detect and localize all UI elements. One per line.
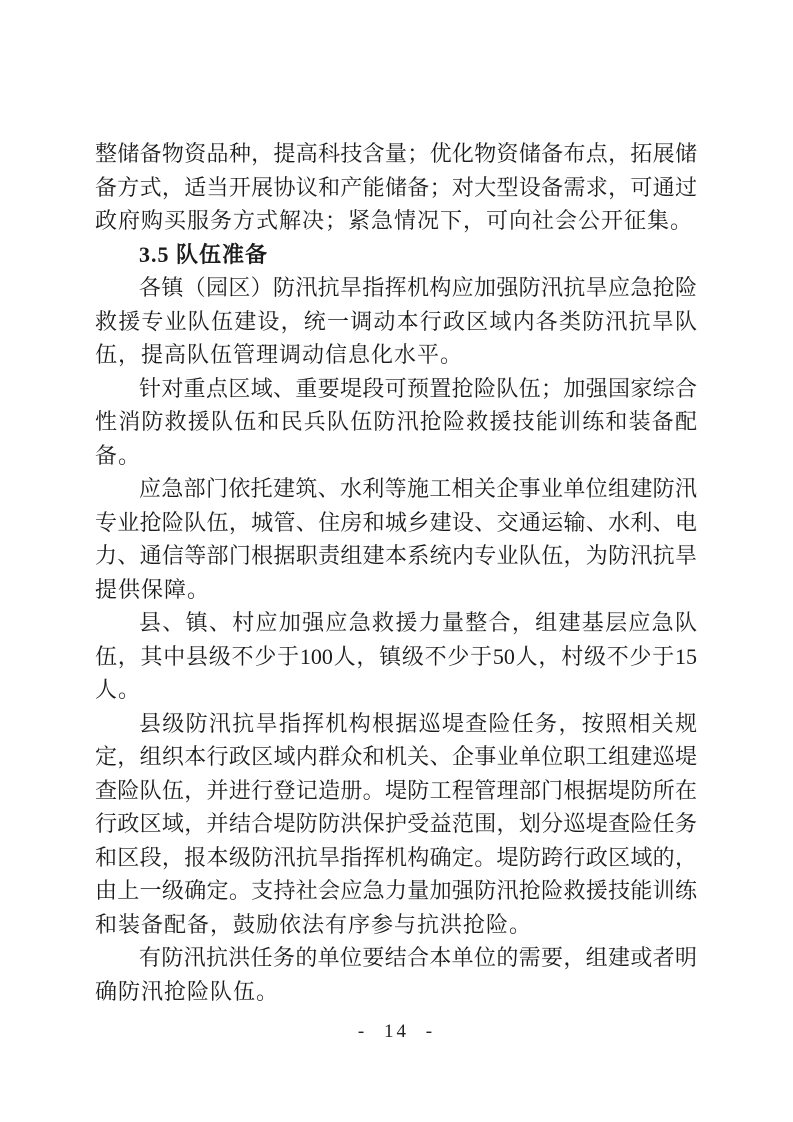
- text-line: 各镇（园区）防汛抗旱指挥机构应加强防汛抗旱应急抢险: [95, 271, 697, 305]
- text-line: 政府购买服务方式解决；紧急情况下，可向社会公开征集。: [95, 204, 697, 238]
- text-line: 备方式，适当开展协议和产能储备；对大型设备需求，可通过: [95, 171, 697, 205]
- text-line: 救援专业队伍建设，统一调动本行政区域内各类防汛抗旱队: [95, 305, 697, 339]
- text-line: 由上一级确定。支持社会应急力量加强防汛抢险救援技能训练: [95, 874, 697, 908]
- text-line: 和区段，报本级防汛抗旱指挥机构确定。堤防跨行政区域的，: [95, 841, 697, 875]
- text-line: 行政区域，并结合堤防防洪保护受益范围，划分巡堤查险任务: [95, 807, 697, 841]
- text-line: 查险队伍，并进行登记造册。堤防工程管理部门根据堤防所在: [95, 774, 697, 808]
- section-heading: 3.5 队伍准备: [95, 238, 697, 272]
- text-line: 人。: [95, 673, 697, 707]
- text-line: 提供保障。: [95, 573, 697, 607]
- text-line: 应急部门依托建筑、水利等施工相关企事业单位组建防汛: [95, 472, 697, 506]
- text-line: 县级防汛抗旱指挥机构根据巡堤查险任务，按照相关规: [95, 707, 697, 741]
- text-line: 县、镇、村应加强应急救援力量整合，组建基层应急队: [95, 606, 697, 640]
- text-line: 力、通信等部门根据职责组建本系统内专业队伍，为防汛抗旱: [95, 539, 697, 573]
- text-line: 伍，提高队伍管理调动信息化水平。: [95, 338, 697, 372]
- text-line: 定，组织本行政区域内群众和机关、企事业单位职工组建巡堤: [95, 740, 697, 774]
- text-line: 针对重点区域、重要堤段可预置抢险队伍；加强国家综合: [95, 372, 697, 406]
- text-line: 和装备配备，鼓励依法有序参与抗洪抢险。: [95, 908, 697, 942]
- document-body: 整储备物资品种，提高科技含量；优化物资储备布点，拓展储备方式，适当开展协议和产能…: [95, 137, 697, 1008]
- text-line: 专业抢险队伍，城管、住房和城乡建设、交通运输、水利、电: [95, 506, 697, 540]
- document-page: 整储备物资品种，提高科技含量；优化物资储备布点，拓展储备方式，适当开展协议和产能…: [0, 0, 793, 1122]
- text-line: 备。: [95, 439, 697, 473]
- text-line: 伍，其中县级不少于100人，镇级不少于50人，村级不少于15: [95, 640, 697, 674]
- text-line: 性消防救援队伍和民兵队伍防汛抢险救援技能训练和装备配: [95, 405, 697, 439]
- text-line: 整储备物资品种，提高科技含量；优化物资储备布点，拓展储: [95, 137, 697, 171]
- page-number: - 14 -: [0, 1019, 793, 1045]
- text-line: 有防汛抗洪任务的单位要结合本单位的需要，组建或者明: [95, 941, 697, 975]
- text-line: 确防汛抢险队伍。: [95, 975, 697, 1009]
